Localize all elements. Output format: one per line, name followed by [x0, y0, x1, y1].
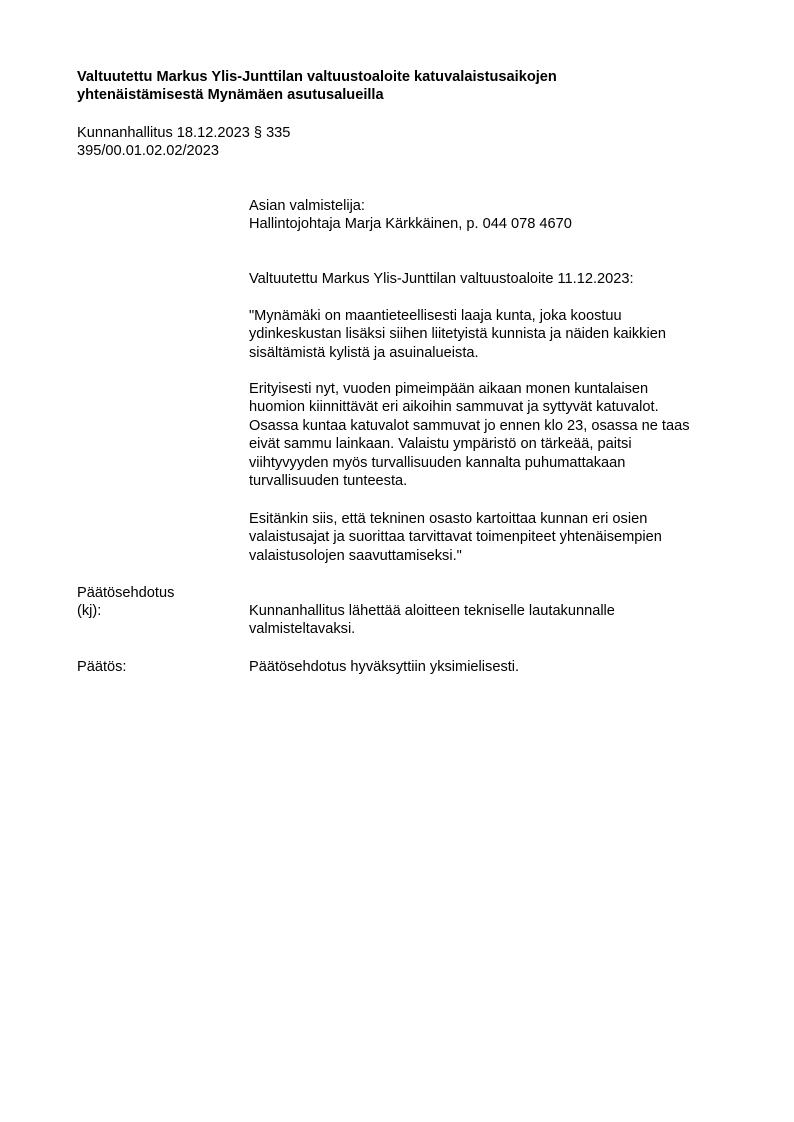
paragraph-line: turvallisuuden tunteesta.: [249, 472, 690, 490]
proposal-label-line-1: Päätösehdotus: [77, 584, 174, 602]
meeting-info: Kunnanhallitus 18.12.2023 § 335: [77, 124, 290, 142]
paragraph-line: Osassa kuntaa katuvalot sammuvat jo enne…: [249, 417, 690, 435]
paragraph-line: Esitänkin siis, että tekninen osasto kar…: [249, 510, 662, 528]
paragraph-line: valaistusajat ja suorittaa tarvittavat t…: [249, 528, 662, 546]
paragraph-line: valaistusolojen saavuttamiseksi.": [249, 547, 662, 565]
decision-label: Päätös:: [77, 658, 127, 676]
initiative-paragraph-2: Erityisesti nyt, vuoden pimeimpään aikaa…: [249, 380, 690, 490]
paragraph-line: viihtyvyyden myös turvallisuuden kannalt…: [249, 454, 690, 472]
paragraph-line: Erityisesti nyt, vuoden pimeimpään aikaa…: [249, 380, 690, 398]
title-line-2: yhtenäistämisestä Mynämäen asutusalueill…: [77, 86, 557, 104]
paragraph-line: "Mynämäki on maantieteellisesti laaja ku…: [249, 307, 666, 325]
paragraph-line: huomion kiinnittävät eri aikoihin sammuv…: [249, 398, 690, 416]
record-number: 395/00.01.02.02/2023: [77, 142, 290, 160]
proposal-line: Kunnanhallitus lähettää aloitteen teknis…: [249, 602, 615, 620]
proposal-text: Kunnanhallitus lähettää aloitteen teknis…: [249, 602, 615, 639]
decision-text: Päätösehdotus hyväksyttiin yksimielisest…: [249, 658, 519, 676]
proposal-label-line-2: (kj):: [77, 602, 174, 620]
preparer-block: Asian valmistelija: Hallintojohtaja Marj…: [249, 197, 572, 234]
preparer-name: Hallintojohtaja Marja Kärkkäinen, p. 044…: [249, 215, 572, 233]
document-title: Valtuutettu Markus Ylis-Junttilan valtuu…: [77, 68, 557, 105]
preparer-label: Asian valmistelija:: [249, 197, 572, 215]
proposal-label: Päätösehdotus (kj):: [77, 584, 174, 621]
paragraph-line: eivät sammu lainkaan. Valaistu ympäristö…: [249, 435, 690, 453]
initiative-paragraph-3: Esitänkin siis, että tekninen osasto kar…: [249, 510, 662, 565]
proposal-line: valmisteltavaksi.: [249, 620, 615, 638]
initiative-heading: Valtuutettu Markus Ylis-Junttilan valtuu…: [249, 270, 634, 288]
paragraph-line: ydinkeskustan lisäksi siihen liitetyistä…: [249, 325, 666, 343]
paragraph-line: sisältämistä kylistä ja asuinalueista.: [249, 344, 666, 362]
initiative-paragraph-1: "Mynämäki on maantieteellisesti laaja ku…: [249, 307, 666, 362]
title-line-1: Valtuutettu Markus Ylis-Junttilan valtuu…: [77, 68, 557, 86]
meeting-meta: Kunnanhallitus 18.12.2023 § 335 395/00.0…: [77, 124, 290, 161]
